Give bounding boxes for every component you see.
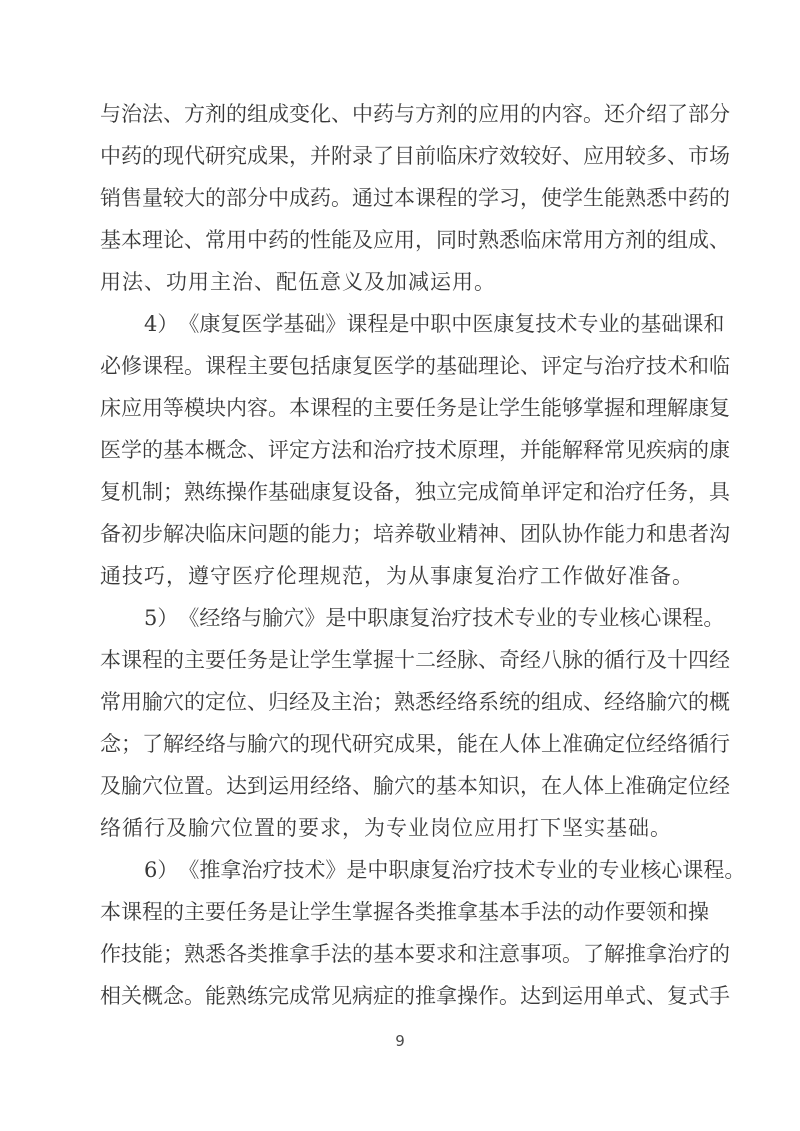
text-line: 基本理论、常用中药的性能及应用，同时熟悉临床常用方剂的组成、	[100, 219, 690, 261]
text-line: 通技巧，遵守医疗伦理规范，为从事康复治疗工作做好准备。	[100, 555, 690, 597]
text-line: 与治法、方剂的组成变化、中药与方剂的应用的内容。还介绍了部分	[100, 93, 690, 135]
text-line: 念；了解经络与腧穴的现代研究成果，能在人体上准确定位经络循行	[100, 723, 690, 765]
text-line: 医学的基本概念、评定方法和治疗技术原理，并能解释常见疾病的康	[100, 429, 690, 471]
page-number: 9	[0, 1030, 800, 1052]
text-line: 及腧穴位置。达到运用经络、腧穴的基本知识，在人体上准确定位经	[100, 765, 690, 807]
text-line: 复机制；熟练操作基础康复设备，独立完成简单评定和治疗任务，具	[100, 471, 690, 513]
text-line: 相关概念。能熟练完成常见病症的推拿操作。达到运用单式、复式手	[100, 975, 690, 1017]
text-line: 中药的现代研究成果，并附录了目前临床疗效较好、应用较多、市场	[100, 135, 690, 177]
text-line: 备初步解决临床问题的能力；培养敬业精神、团队协作能力和患者沟	[100, 513, 690, 555]
document-body-text: 与治法、方剂的组成变化、中药与方剂的应用的内容。还介绍了部分中药的现代研究成果，…	[100, 93, 690, 1017]
text-line: 络循行及腧穴位置的要求，为专业岗位应用打下坚实基础。	[100, 807, 690, 849]
text-line: 常用腧穴的定位、归经及主治；熟悉经络系统的组成、经络腧穴的概	[100, 681, 690, 723]
text-line: 4）《康复医学基础》课程是中职中医康复技术专业的基础课和	[100, 303, 690, 345]
text-line: 用法、功用主治、配伍意义及加减运用。	[100, 261, 690, 303]
text-line: 本课程的主要任务是让学生掌握各类推拿基本手法的动作要领和操	[100, 891, 690, 933]
text-line: 6）《推拿治疗技术》是中职康复治疗技术专业的专业核心课程。	[100, 849, 690, 891]
text-line: 作技能；熟悉各类推拿手法的基本要求和注意事项。了解推拿治疗的	[100, 933, 690, 975]
text-line: 5）《经络与腧穴》是中职康复治疗技术专业的专业核心课程。	[100, 597, 690, 639]
text-line: 必修课程。课程主要包括康复医学的基础理论、评定与治疗技术和临	[100, 345, 690, 387]
text-line: 床应用等模块内容。本课程的主要任务是让学生能够掌握和理解康复	[100, 387, 690, 429]
document-page: 与治法、方剂的组成变化、中药与方剂的应用的内容。还介绍了部分中药的现代研究成果，…	[0, 0, 800, 1131]
text-line: 销售量较大的部分中成药。通过本课程的学习，使学生能熟悉中药的	[100, 177, 690, 219]
text-line: 本课程的主要任务是让学生掌握十二经脉、奇经八脉的循行及十四经	[100, 639, 690, 681]
